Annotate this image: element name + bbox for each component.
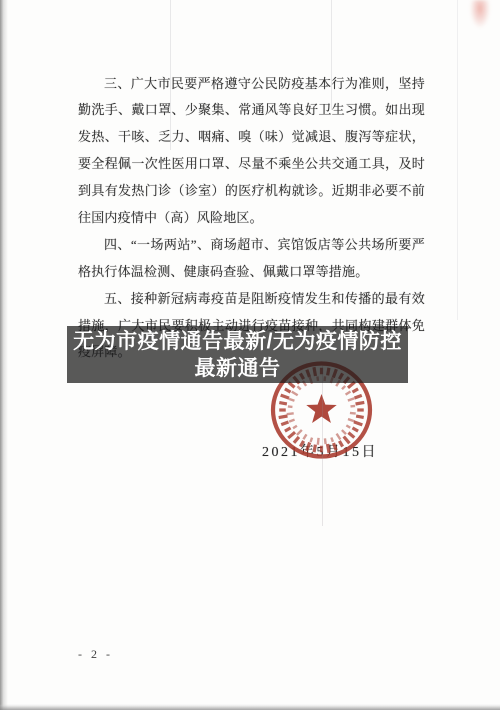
document-line: 格执行体温检测、健康码查验、佩戴口罩等措施。 [78, 259, 425, 286]
page-number: - 2 - [78, 647, 113, 662]
document-photo: 三、广大市民要严格遵守公民防疫基本行为准则，坚持勤洗手、戴口罩、少聚集、常通风等… [0, 0, 500, 710]
overlay-title-line2: 最新通告 [195, 355, 281, 382]
paper-crease [322, 366, 323, 526]
red-ink-smudge [470, 0, 490, 28]
document-body-text: 三、广大市民要严格遵守公民防疫基本行为准则，坚持勤洗手、戴口罩、少聚集、常通风等… [78, 71, 425, 367]
document-line: 要全程佩一次性医用口罩、尽量不乘坐公共交通工具，及时 [78, 151, 425, 178]
overlay-title-line1: 无为市疫情通告最新/无为疫情防控 [73, 328, 402, 355]
document-line: 五、接种新冠病毒疫苗是阻断疫情发生和传播的最有效 [78, 286, 425, 313]
document-line: 发热、干咳、乏力、咽痛、嗅（味）觉减退、腹泻等症状， [78, 124, 425, 151]
document-line: 勤洗手、戴口罩、少聚集、常通风等良好卫生习惯。如出现 [78, 97, 425, 124]
paper-fold-line [457, 0, 458, 320]
document-line: 四、“一场两站”、商场超市、宾馆饭店等公共场所要严 [78, 232, 425, 259]
photo-edge-left [0, 0, 8, 710]
title-overlay-banner: 无为市疫情通告最新/无为疫情防控 最新通告 [67, 326, 408, 383]
document-line: 三、广大市民要严格遵守公民防疫基本行为准则，坚持 [78, 71, 425, 98]
photo-edge-bottom [0, 704, 500, 710]
document-line: 往国内疫情中（高）风险地区。 [78, 205, 425, 232]
document-line: 到具有发热门诊（诊室）的医疗机构就诊。近期非必要不前 [78, 178, 425, 205]
